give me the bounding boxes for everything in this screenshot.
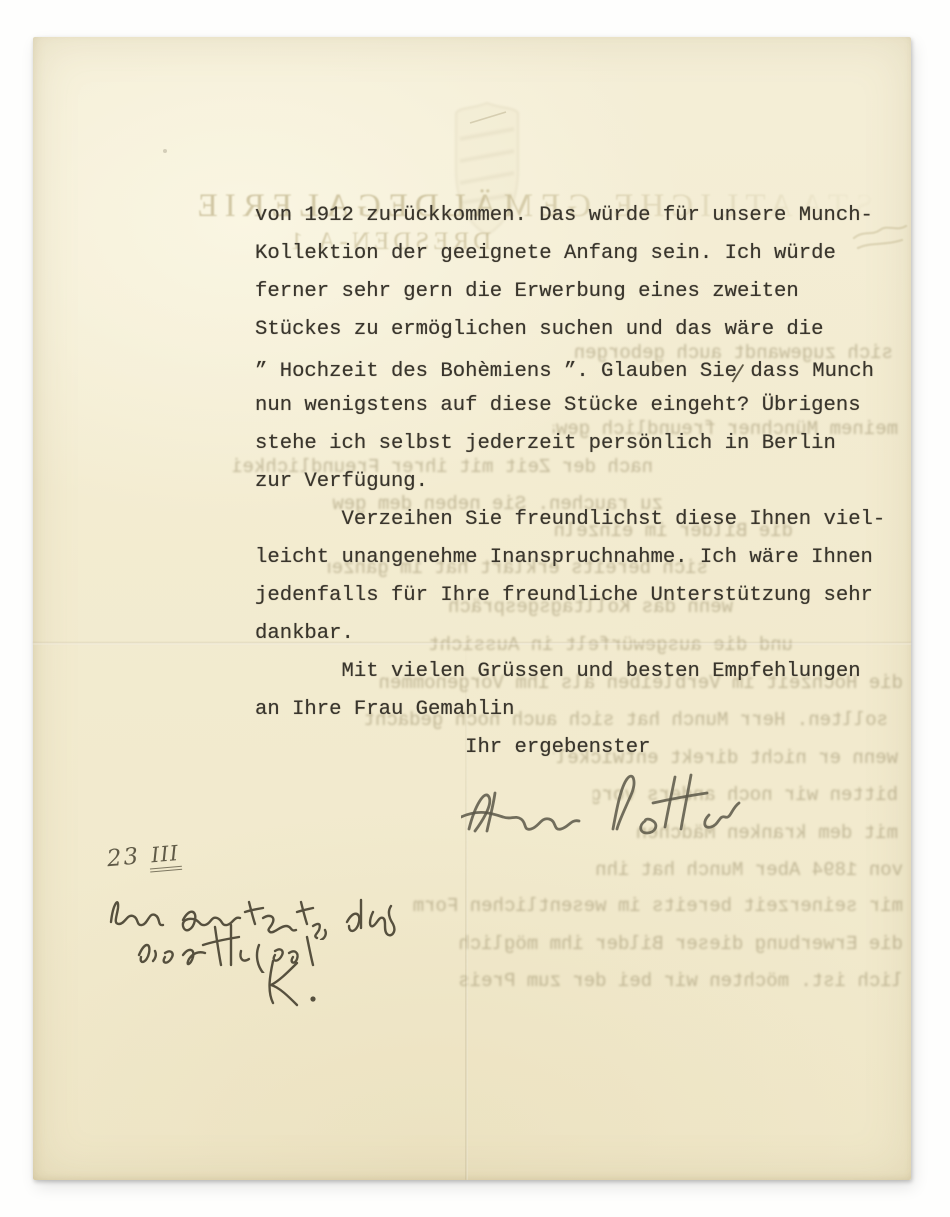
typed-text-block: von 1912 zurückkommen. Das würde für uns…	[255, 197, 915, 767]
date-month: III	[148, 841, 182, 873]
typed-text: stehe ich selbst jederzeit persönlich in…	[255, 432, 836, 455]
bleedthrough-line: lich ist. möchten wir bei der zum Preis	[348, 970, 903, 996]
typed-line: ferner sehr gern die Erwerbung eines zwe…	[255, 273, 915, 311]
typed-text: Verzeihen Sie freundlichst diese Ihnen v…	[255, 508, 885, 531]
typed-line: dankbar.	[255, 615, 915, 653]
typed-text: Mit vielen Grüssen und besten Empfehlung…	[255, 660, 861, 683]
typed-text: an Ihre Frau Gemahlin	[255, 698, 515, 721]
typed-text: von 1912 zurückkommen. Das würde für uns…	[255, 204, 873, 227]
typed-text: dass Munch	[738, 360, 874, 383]
scan-background: STAATLICHE GEMÄLDEGALERIE DRESDEN-A.1 si…	[0, 0, 950, 1217]
typed-line: Stückes zu ermöglichen suchen und das wä…	[255, 311, 915, 349]
typed-line: Verzeihen Sie freundlichst diese Ihnen v…	[255, 501, 915, 539]
bleedthrough-line: von 1894 Aber Munch hat ihn	[588, 859, 903, 885]
typed-line: an Ihre Frau Gemahlin	[255, 691, 915, 729]
typed-text: ” Hochzeit des Bohèmiens ”. Glauben Sie	[255, 360, 737, 383]
typed-line: Kollektion der geeignete Anfang sein. Ic…	[255, 235, 915, 273]
bleedthrough-line: die Erwerbung dieser Bilder ihm möglich	[378, 933, 903, 959]
typed-line: von 1912 zurückkommen. Das würde für uns…	[255, 197, 915, 235]
typed-line: leicht unangenehme Inanspruchnahme. Ich …	[255, 539, 915, 577]
typed-text: leicht unangenehme Inanspruchnahme. Ich …	[255, 546, 873, 569]
typed-text: jedenfalls für Ihre freundliche Unterstü…	[255, 584, 873, 607]
typed-text: zur Verfügung.	[255, 470, 428, 493]
date-day: 23	[106, 843, 141, 872]
signature-hans-posse	[461, 759, 751, 859]
paper-speck	[163, 149, 167, 153]
typed-line: stehe ich selbst jederzeit persönlich in…	[255, 425, 915, 463]
typed-text: Kollektion der geeignete Anfang sein. Ic…	[255, 242, 836, 265]
typed-text: Ihr ergebenster	[255, 736, 650, 759]
typed-text: nun wenigstens auf diese Stücke eingeht?…	[255, 394, 861, 417]
typed-line: nun wenigstens auf diese Stücke eingeht?…	[255, 387, 915, 425]
handwritten-initial-k	[257, 953, 323, 1009]
typed-line: jedenfalls für Ihre freundliche Unterstü…	[255, 577, 915, 615]
typed-line: zur Verfügung.	[255, 463, 915, 501]
typed-line: ” Hochzeit des Bohèmiens ”. Glauben Sie/…	[255, 349, 915, 387]
typed-text: dankbar.	[255, 622, 354, 645]
typed-text: Stückes zu ermöglichen suchen und das wä…	[255, 318, 823, 341]
letter-page: STAATLICHE GEMÄLDEGALERIE DRESDEN-A.1 si…	[33, 37, 911, 1180]
typed-line: Mit vielen Grüssen und besten Empfehlung…	[255, 653, 915, 691]
typed-text: ferner sehr gern die Erwerbung eines zwe…	[255, 280, 799, 303]
